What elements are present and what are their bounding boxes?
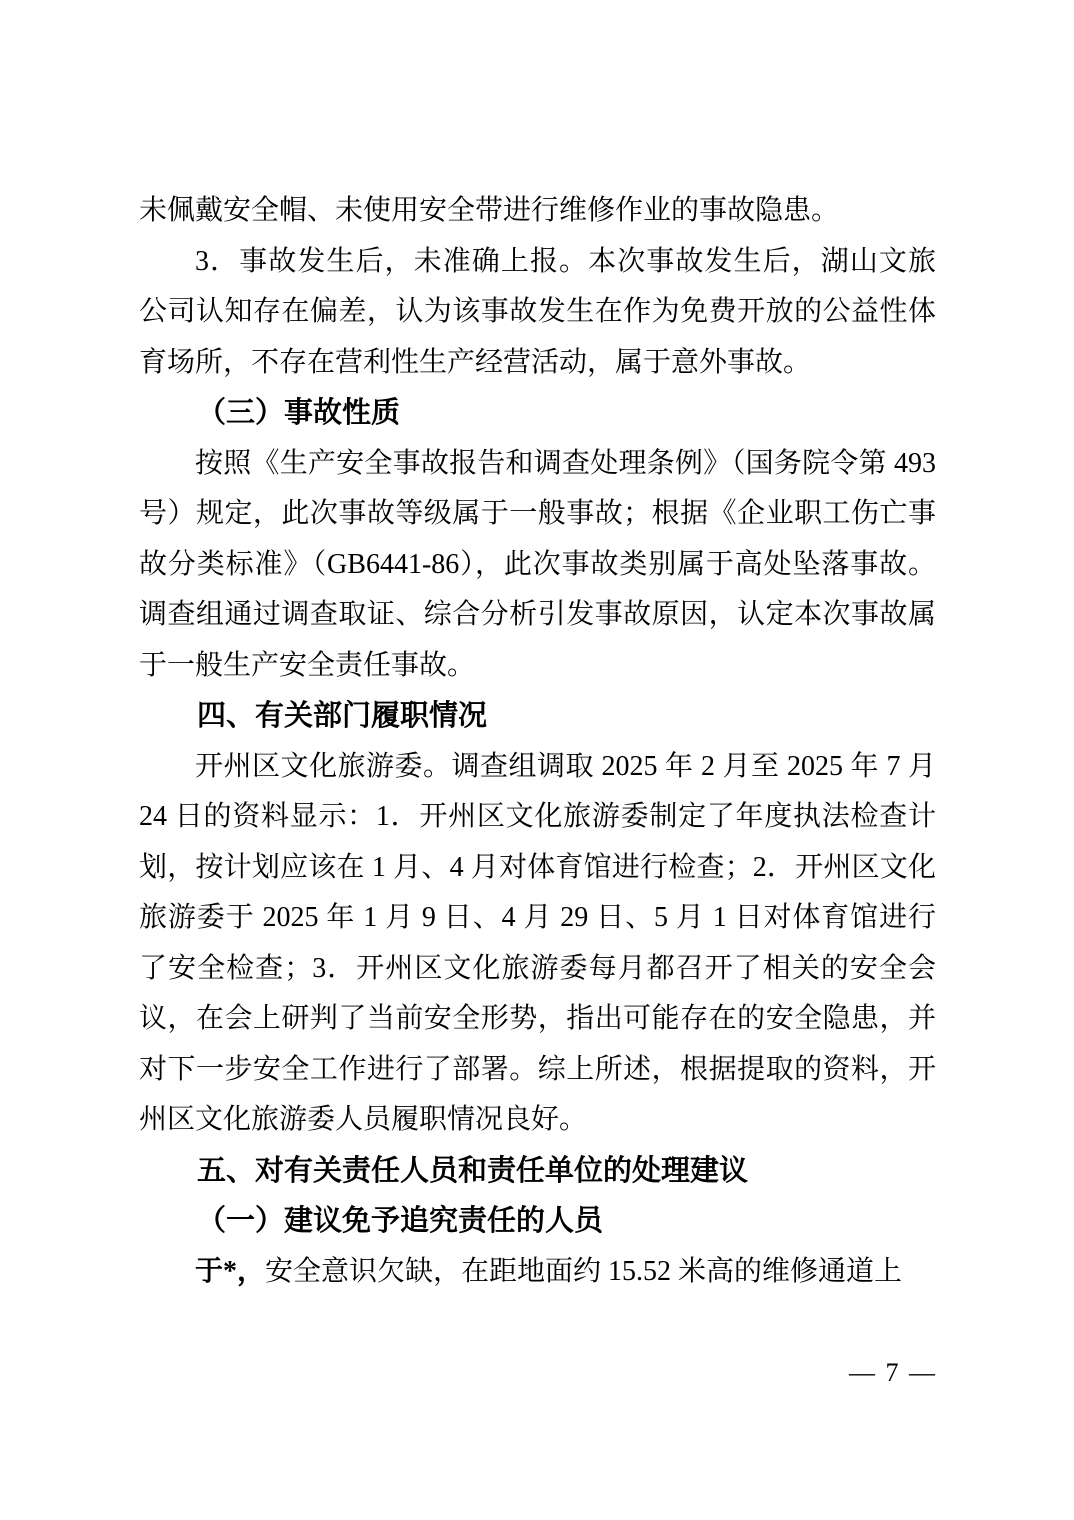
paragraph-continuation: 未佩戴安全帽、未使用安全带进行维修作业的事故隐患。	[139, 186, 936, 237]
paragraph: 按照《生产安全事故报告和调查处理条例》（国务院令第 493 号）规定，此次事故等…	[139, 439, 936, 692]
document-body: 未佩戴安全帽、未使用安全带进行维修作业的事故隐患。3．事故发生后，未准确上报。本…	[139, 186, 936, 1297]
page-number: — 7 —	[849, 1356, 937, 1390]
section-heading: 五、对有关责任人员和责任单位的处理建议	[139, 1146, 936, 1197]
paragraph: 于*，安全意识欠缺，在距地面约 15.52 米高的维修通道上	[139, 1247, 936, 1298]
subsection-heading: （一）建议免予追究责任的人员	[139, 1196, 936, 1247]
paragraph: 开州区文化旅游委。调查组调取 2025 年 2 月至 2025 年 7 月 24…	[139, 742, 936, 1146]
paragraph: 3．事故发生后，未准确上报。本次事故发生后，湖山文旅公司认知存在偏差，认为该事故…	[139, 237, 936, 389]
subsection-heading: （三）事故性质	[139, 388, 936, 439]
document-page: 未佩戴安全帽、未使用安全带进行维修作业的事故隐患。3．事故发生后，未准确上报。本…	[0, 0, 1074, 1520]
section-heading: 四、有关部门履职情况	[139, 691, 936, 742]
redacted-person-name: 于*，	[195, 1256, 265, 1287]
